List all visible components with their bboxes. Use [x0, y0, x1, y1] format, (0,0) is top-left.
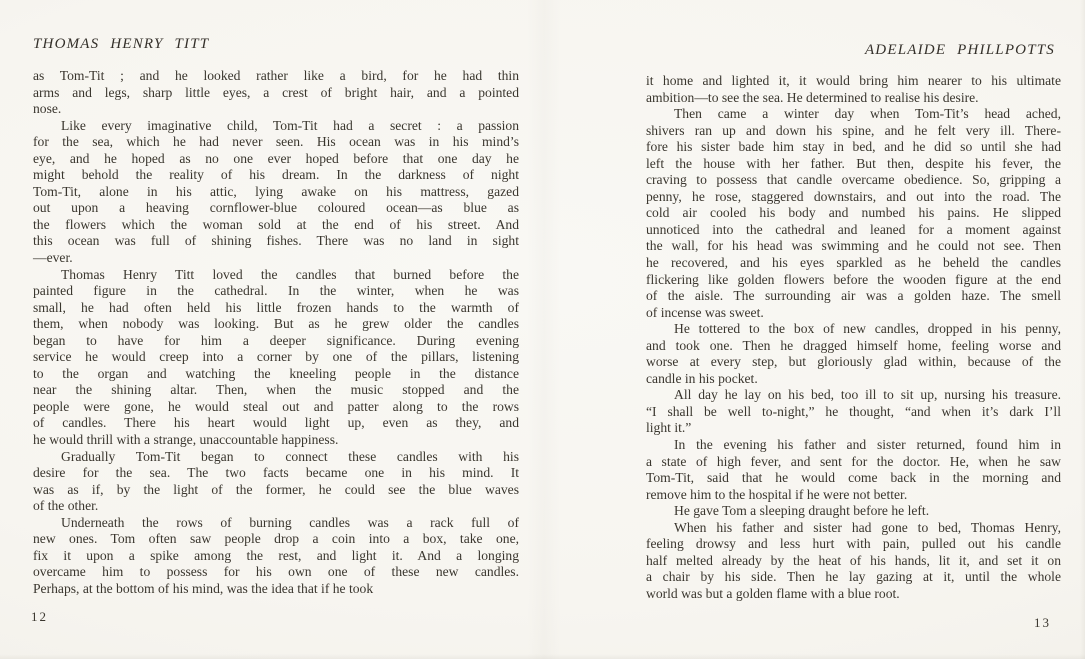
- text-line: them, when nobody was looking. But as he…: [33, 316, 519, 333]
- text-line: worse at every step, but gloriously glad…: [646, 354, 1061, 371]
- text-line: a state of high fever, and sent for the …: [646, 454, 1061, 471]
- text-line: overcame him to possess for his own one …: [33, 564, 519, 581]
- text-line: near the shining altar. Then, when the m…: [33, 382, 519, 399]
- text-line: of the aisle. The surrounding air was a …: [646, 288, 1061, 305]
- text-line: the wall, for his head was swimming and …: [646, 238, 1061, 255]
- text-line: —ever.: [33, 250, 519, 267]
- text-line: to the organ and watching the kneeling p…: [33, 366, 519, 383]
- text-line: of candles. There his heart would light …: [33, 415, 519, 432]
- text-line: craving to possess that candle overcame …: [646, 172, 1061, 189]
- text-line: and took one. Then he dragged himself ho…: [646, 338, 1061, 355]
- text-line: fore his sister bade him stay in bed, an…: [646, 139, 1061, 156]
- text-line: nose.: [33, 101, 519, 118]
- left-page: THOMAS HENRY TITT as Tom-Tit ; and he lo…: [33, 36, 519, 598]
- text-line: Tom-Tit, said that he would come back in…: [646, 470, 1061, 487]
- left-running-header: THOMAS HENRY TITT: [33, 36, 519, 52]
- text-line: service he would creep into a corner by …: [33, 349, 519, 366]
- book-spread: THOMAS HENRY TITT as Tom-Tit ; and he lo…: [0, 0, 1085, 659]
- text-line: a chair by his side. Then he lay gazing …: [646, 569, 1061, 586]
- scan-edge-bottom: [0, 654, 1085, 659]
- text-line: left the house with her father. But then…: [646, 156, 1061, 173]
- text-line: candle in his pocket.: [646, 371, 1061, 388]
- right-page-body: it home and lighted it, it would bring h…: [646, 73, 1061, 603]
- text-line: Underneath the rows of burning candles w…: [33, 515, 519, 532]
- text-line: out upon a heaving cornflower-blue colou…: [33, 200, 519, 217]
- text-line: for the sea, which he had never seen. Hi…: [33, 134, 519, 151]
- text-line: of the other.: [33, 498, 519, 515]
- text-line: was as if, by the light of the former, h…: [33, 482, 519, 499]
- text-line: it home and lighted it, it would bring h…: [646, 73, 1061, 90]
- text-line: began to have for him a deeper significa…: [33, 333, 519, 350]
- right-running-header: ADELAIDE PHILLPOTTS: [646, 42, 1061, 58]
- left-page-number: 12: [31, 609, 48, 625]
- right-page: ADELAIDE PHILLPOTTS it home and lighted …: [646, 36, 1061, 603]
- text-line: cold air cooled his body and numbed his …: [646, 205, 1061, 222]
- text-line: eye, and he hoped as no one ever hoped b…: [33, 151, 519, 168]
- text-line: flickering like golden flowers before th…: [646, 272, 1061, 289]
- text-line: as Tom-Tit ; and he looked rather like a…: [33, 68, 519, 85]
- text-line: Then came a winter day when Tom-Tit’s he…: [646, 106, 1061, 123]
- text-line: “I shall be well to-night,” he thought, …: [646, 404, 1061, 421]
- scan-edge-right: [1080, 0, 1085, 659]
- text-line: the flowers which the woman sold at the …: [33, 217, 519, 234]
- text-line: unnoticed into the cathedral and leaned …: [646, 222, 1061, 239]
- text-line: He gave Tom a sleeping draught before he…: [646, 503, 1061, 520]
- text-line: arms and legs, sharp little eyes, a cres…: [33, 85, 519, 102]
- text-line: remove him to the hospital if he were no…: [646, 487, 1061, 504]
- text-line: small, he had often held his little froz…: [33, 300, 519, 317]
- text-line: ambition—to see the sea. He determined t…: [646, 90, 1061, 107]
- text-line: When his father and sister had gone to b…: [646, 520, 1061, 537]
- text-line: All day he lay on his bed, too ill to si…: [646, 387, 1061, 404]
- text-line: of incense was sweet.: [646, 305, 1061, 322]
- text-line: fix it upon a spike among the rest, and …: [33, 548, 519, 565]
- text-line: half melted already by the heat of his h…: [646, 553, 1061, 570]
- text-line: Perhaps, at the bottom of his mind, was …: [33, 581, 519, 598]
- text-line: Like every imaginative child, Tom-Tit ha…: [33, 118, 519, 135]
- text-line: this ocean was full of shining fishes. T…: [33, 233, 519, 250]
- book-gutter-shadow: [527, 0, 561, 659]
- left-page-body: as Tom-Tit ; and he looked rather like a…: [33, 68, 519, 598]
- text-line: Gradually Tom-Tit began to connect these…: [33, 449, 519, 466]
- text-line: might behold the reality of his dream. I…: [33, 167, 519, 184]
- text-line: people were gone, he would steal out and…: [33, 399, 519, 416]
- text-line: desire for the sea. The two facts became…: [33, 465, 519, 482]
- text-line: penny, he rose, staggered downstairs, an…: [646, 189, 1061, 206]
- text-line: Tom-Tit, alone in his attic, lying awake…: [33, 184, 519, 201]
- text-line: world was but a golden flame with a blue…: [646, 586, 1061, 603]
- text-line: he recovered, and his eyes sparkled as h…: [646, 255, 1061, 272]
- right-page-number: 13: [646, 615, 1051, 631]
- text-line: feeling drowsy and less hurt with pain, …: [646, 536, 1061, 553]
- text-line: He tottered to the box of new candles, d…: [646, 321, 1061, 338]
- text-line: he would thrill with a strange, unaccoun…: [33, 432, 519, 449]
- text-line: light it.”: [646, 420, 1061, 437]
- text-line: Thomas Henry Titt loved the candles that…: [33, 267, 519, 284]
- text-line: new ones. Tom often saw people drop a co…: [33, 531, 519, 548]
- text-line: painted figure in the cathedral. In the …: [33, 283, 519, 300]
- text-line: In the evening his father and sister ret…: [646, 437, 1061, 454]
- text-line: shivers ran up and down his spine, and h…: [646, 123, 1061, 140]
